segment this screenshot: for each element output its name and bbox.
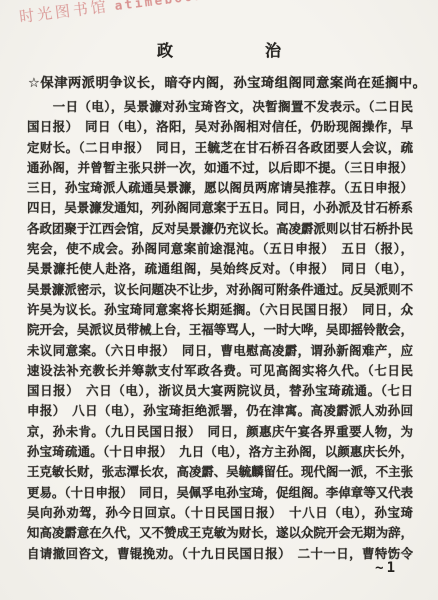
body-line: 宪会，使不成会。孙阁同意案前途混沌。（五日申报） 五日（报），	[27, 239, 413, 259]
body-line: 更易。（十日申报） 同日，吴佩孚电孙宝琦，促组阁。李倬章等又代表	[27, 483, 413, 503]
watermark-site-url: atimebook.com	[114, 0, 245, 13]
body-line: 速设法补充教长并筹款支付军政各费。可见高阁实将久代。（七日民	[27, 361, 413, 381]
body-line: 四日，吴景濂发通知，列孙阁同意案于五日。同日，小孙派及甘石桥系	[27, 198, 413, 218]
body-line: 知高凌霨意在久代，又不赞成王克敏为财长，遂以众院开会无期为辞，	[27, 523, 413, 543]
body-line: 申报） 八日（电），孙宝琦拒绝派署，仍在津寓。高凌霨派人劝孙回	[27, 401, 413, 421]
body-line: 京，孙未肯。（九日民国日报） 同日，颜惠庆午宴各界重要人物，为	[27, 422, 413, 442]
chapter-title-char-1: 政	[157, 38, 173, 61]
body-line: 国日报） 六日（电），浙议员大宴两院议员，替孙宝琦疏通。（七日	[27, 381, 413, 401]
body-line: 定财长。（二日申报） 同日，王毓芝在甘石桥召各政团要人会议，疏	[27, 138, 413, 158]
scanned-book-page: 时光图书馆atimebook.com 政治 ☆保津两派明争议长，暗夺内阁，孙宝琦…	[0, 0, 438, 600]
body-line: 自请撤回咨文，曹锟挽劝。（十九日民国日报） 二十一日，曹特饬令	[27, 544, 413, 564]
body-text-block: 一日（电），吴景濂对孙宝琦咨文，决暂搁置不发表示。（二日民 国日报） 同日（电）…	[27, 97, 413, 564]
body-line: 孙宝琦疏通。（十日申报） 九日（电），洛方主孙阁，以颜惠庆长外，	[27, 442, 413, 462]
body-line: 王克敏长财，张志潭长农，高凌霨、吴毓麟留任。现代阁一派，不主张	[27, 462, 413, 482]
chapter-title-char-2: 治	[265, 38, 281, 61]
body-line: 吴景濂派密示，议长问题决不让步，对孙阁可附条件通过。反吴派则不	[27, 280, 413, 300]
body-line: 各政团聚于江西会馆，反对吴景濂仍充议长。高凌霨派则以甘石桥扑民	[27, 219, 413, 239]
body-line: 院开会，吴派议员带械上台，王福等骂人，一时大哗，吴即摇铃散会，	[27, 320, 413, 340]
page-number: ~1	[375, 560, 398, 576]
body-line: 吴向孙劝驾，孙今日回京。（十日民国日报） 十八日（电），孙宝琦	[27, 503, 413, 523]
body-line: 未议同意案。（六日申报） 同日，曹电慰高凌霨，谓孙新阁难产，应	[27, 341, 413, 361]
body-line: 三日，孙宝琦派人疏通吴景濂，愿以阁员两席请吴推荐。（五日申报）	[27, 178, 413, 198]
body-line: 许吴为议长。孙宝琦同意案将长期延搁。（六日民国日报） 同日，众	[27, 300, 413, 320]
body-line: 吴景濂托使人赴洛，疏通组阁，吴始终反对。（申报） 同日（电），	[27, 259, 413, 279]
body-line: 国日报） 同日（电），洛阳，吴对孙阁相对信任，仍盼现阁操作，早	[27, 117, 413, 137]
chapter-title: 政治	[0, 38, 438, 61]
section-headline: ☆保津两派明争议长，暗夺内阁，孙宝琦组阁同意案尚在延搁中。	[28, 72, 416, 91]
library-watermark: 时光图书馆atimebook.com	[18, 0, 245, 27]
watermark-library-name: 时光图书馆	[18, 0, 110, 26]
body-line: 一日（电），吴景濂对孙宝琦咨文，决暂搁置不发表示。（二日民	[27, 97, 413, 117]
body-line: 通孙阁，并曾暂主张只拼一次，如通不过，以后即不提。（三日申报）	[27, 158, 413, 178]
